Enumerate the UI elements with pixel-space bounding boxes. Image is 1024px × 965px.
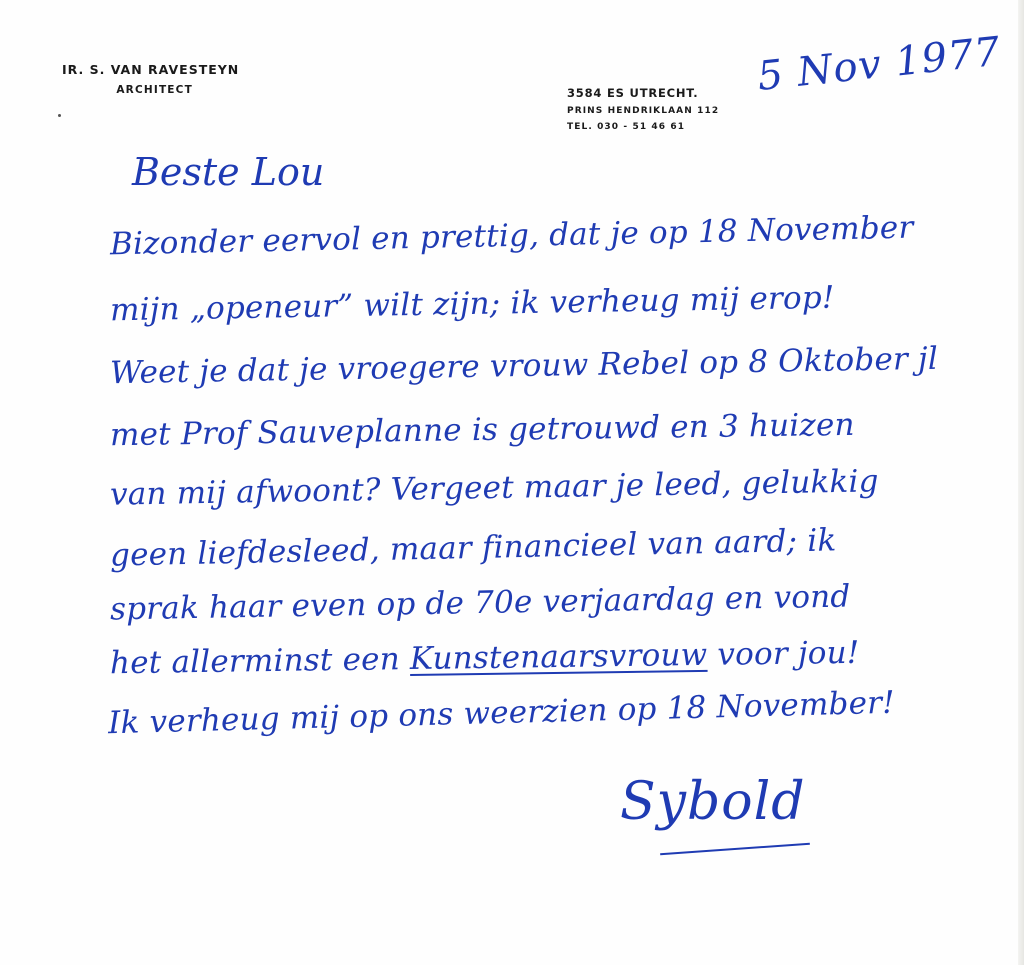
signature-underline: [660, 843, 810, 855]
letter-date: 5 Nov 1977: [755, 29, 1003, 100]
letterhead-sender: IR. S. VAN RAVESTEYN ARCHITECT: [62, 62, 239, 96]
letter-line-3: Weet je dat je vroegere vrouw Rebel op 8…: [110, 341, 939, 391]
letterhead-address: 3584 ES UTRECHT. PRINS HENDRIKLAAN 112 T…: [567, 86, 719, 132]
address-telephone: TEL. 030 - 51 46 61: [567, 122, 719, 132]
paper-speck: [58, 114, 61, 117]
letter-line-9: Ik verheug mij op ons weerzien op 18 Nov…: [108, 685, 896, 742]
letter-line-8: het allerminst een Kunstenaarsvrouw voor…: [110, 635, 860, 681]
sender-name: IR. S. VAN RAVESTEYN: [62, 62, 239, 77]
sender-title: ARCHITECT: [62, 84, 239, 96]
letter-line-6: geen liefdesleed, maar financieel van aa…: [110, 522, 837, 573]
salutation: Beste Lou: [132, 150, 324, 194]
letter-line-5: van mij afwoont? Vergeet maar je leed, g…: [110, 463, 879, 512]
address-city: 3584 ES UTRECHT.: [567, 86, 719, 100]
paper-edge: [1018, 0, 1024, 965]
address-street: PRINS HENDRIKLAAN 112: [567, 106, 719, 116]
letter-line-2: mijn „openeur” wilt zijn; ik verheug mij…: [110, 280, 835, 329]
letter-line-1: Bizonder eervol en prettig, dat je op 18…: [110, 210, 914, 263]
letter-line-7: sprak haar even op de 70e verjaardag en …: [110, 579, 851, 628]
letter-line-8-start: het allerminst een: [110, 641, 410, 681]
underlined-word: Kunstenaarsvrouw: [410, 637, 708, 677]
letter-line-8-end: voor jou!: [707, 635, 860, 673]
signature: Sybold: [620, 772, 806, 832]
letter-line-4: met Prof Sauveplanne is getrouwd en 3 hu…: [110, 407, 855, 453]
